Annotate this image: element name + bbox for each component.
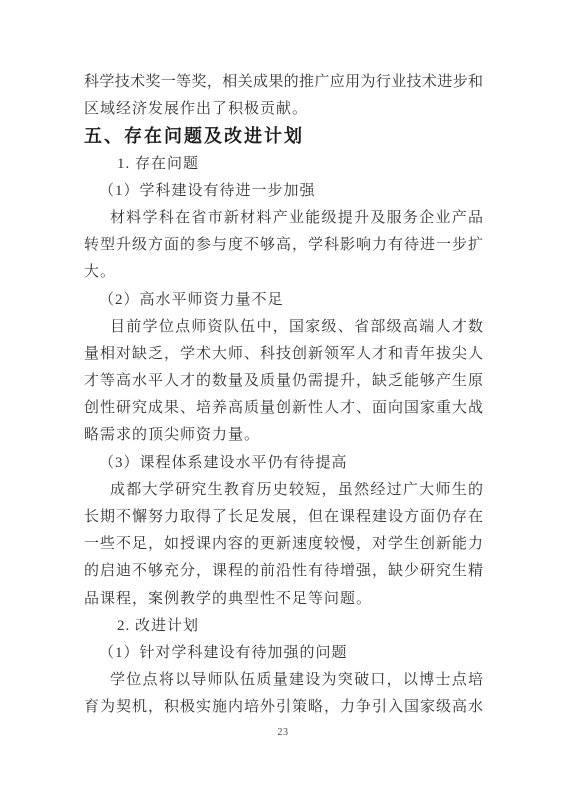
- body-line: 一些不足，如授课内容的更新速度较慢，对学生创新能力: [84, 531, 483, 558]
- numbered-item-line: 1. 存在问题: [84, 151, 483, 178]
- numbered-item-line: 2. 改进计划: [84, 613, 483, 640]
- body-line: 大。: [84, 259, 483, 286]
- body-line: 长期不懈努力取得了长足发展，但在课程建设方面仍存在: [84, 504, 483, 531]
- body-line: 材料学科在省市新材料产业能级提升及服务企业产品: [84, 205, 483, 232]
- body-line: 目前学位点师资队伍中，国家级、省部级高端人才数: [84, 314, 483, 341]
- body-line: 量相对缺乏，学术大师、科技创新领军人才和青年拔尖人: [84, 341, 483, 368]
- body-line: 转型升级方面的参与度不够高，学科影响力有待进一步扩: [84, 232, 483, 259]
- body-line: 育为契机，积极实施内培外引策略，力争引入国家级高水: [84, 694, 483, 721]
- body-line: 成都大学研究生教育历史较短，虽然经过广大师生的: [84, 477, 483, 504]
- document-page: 科学技术奖一等奖，相关成果的推广应用为行业技术进步和 区域经济发展作出了积极贡献…: [0, 0, 566, 800]
- body-line: 科学技术奖一等奖，相关成果的推广应用为行业技术进步和: [84, 69, 483, 96]
- sub-item-line: （3）课程体系建设水平仍有待提高: [84, 450, 483, 477]
- body-line: 创性研究成果、培养高质量创新性人才、面向国家重大战: [84, 395, 483, 422]
- body-line: 区域经济发展作出了积极贡献。: [84, 96, 483, 123]
- section-heading: 五、存在问题及改进计划: [84, 123, 483, 150]
- sub-item-line: （1）学科建设有待进一步加强: [84, 178, 483, 205]
- body-line: 品课程，案例教学的典型性不足等问题。: [84, 586, 483, 613]
- body-line: 的启迪不够充分，课程的前沿性有待增强，缺少研究生精: [84, 558, 483, 585]
- page-number: 23: [0, 727, 566, 738]
- body-line: 才等高水平人才的数量及质量仍需提升，缺乏能够产生原: [84, 368, 483, 395]
- page-body-text: 科学技术奖一等奖，相关成果的推广应用为行业技术进步和 区域经济发展作出了积极贡献…: [84, 69, 483, 722]
- body-line: 学位点将以导师队伍质量建设为突破口，以博士点培: [84, 667, 483, 694]
- body-line: 略需求的顶尖师资力量。: [84, 422, 483, 449]
- sub-item-line: （1）针对学科建设有待加强的问题: [84, 640, 483, 667]
- sub-item-line: （2）高水平师资力量不足: [84, 287, 483, 314]
